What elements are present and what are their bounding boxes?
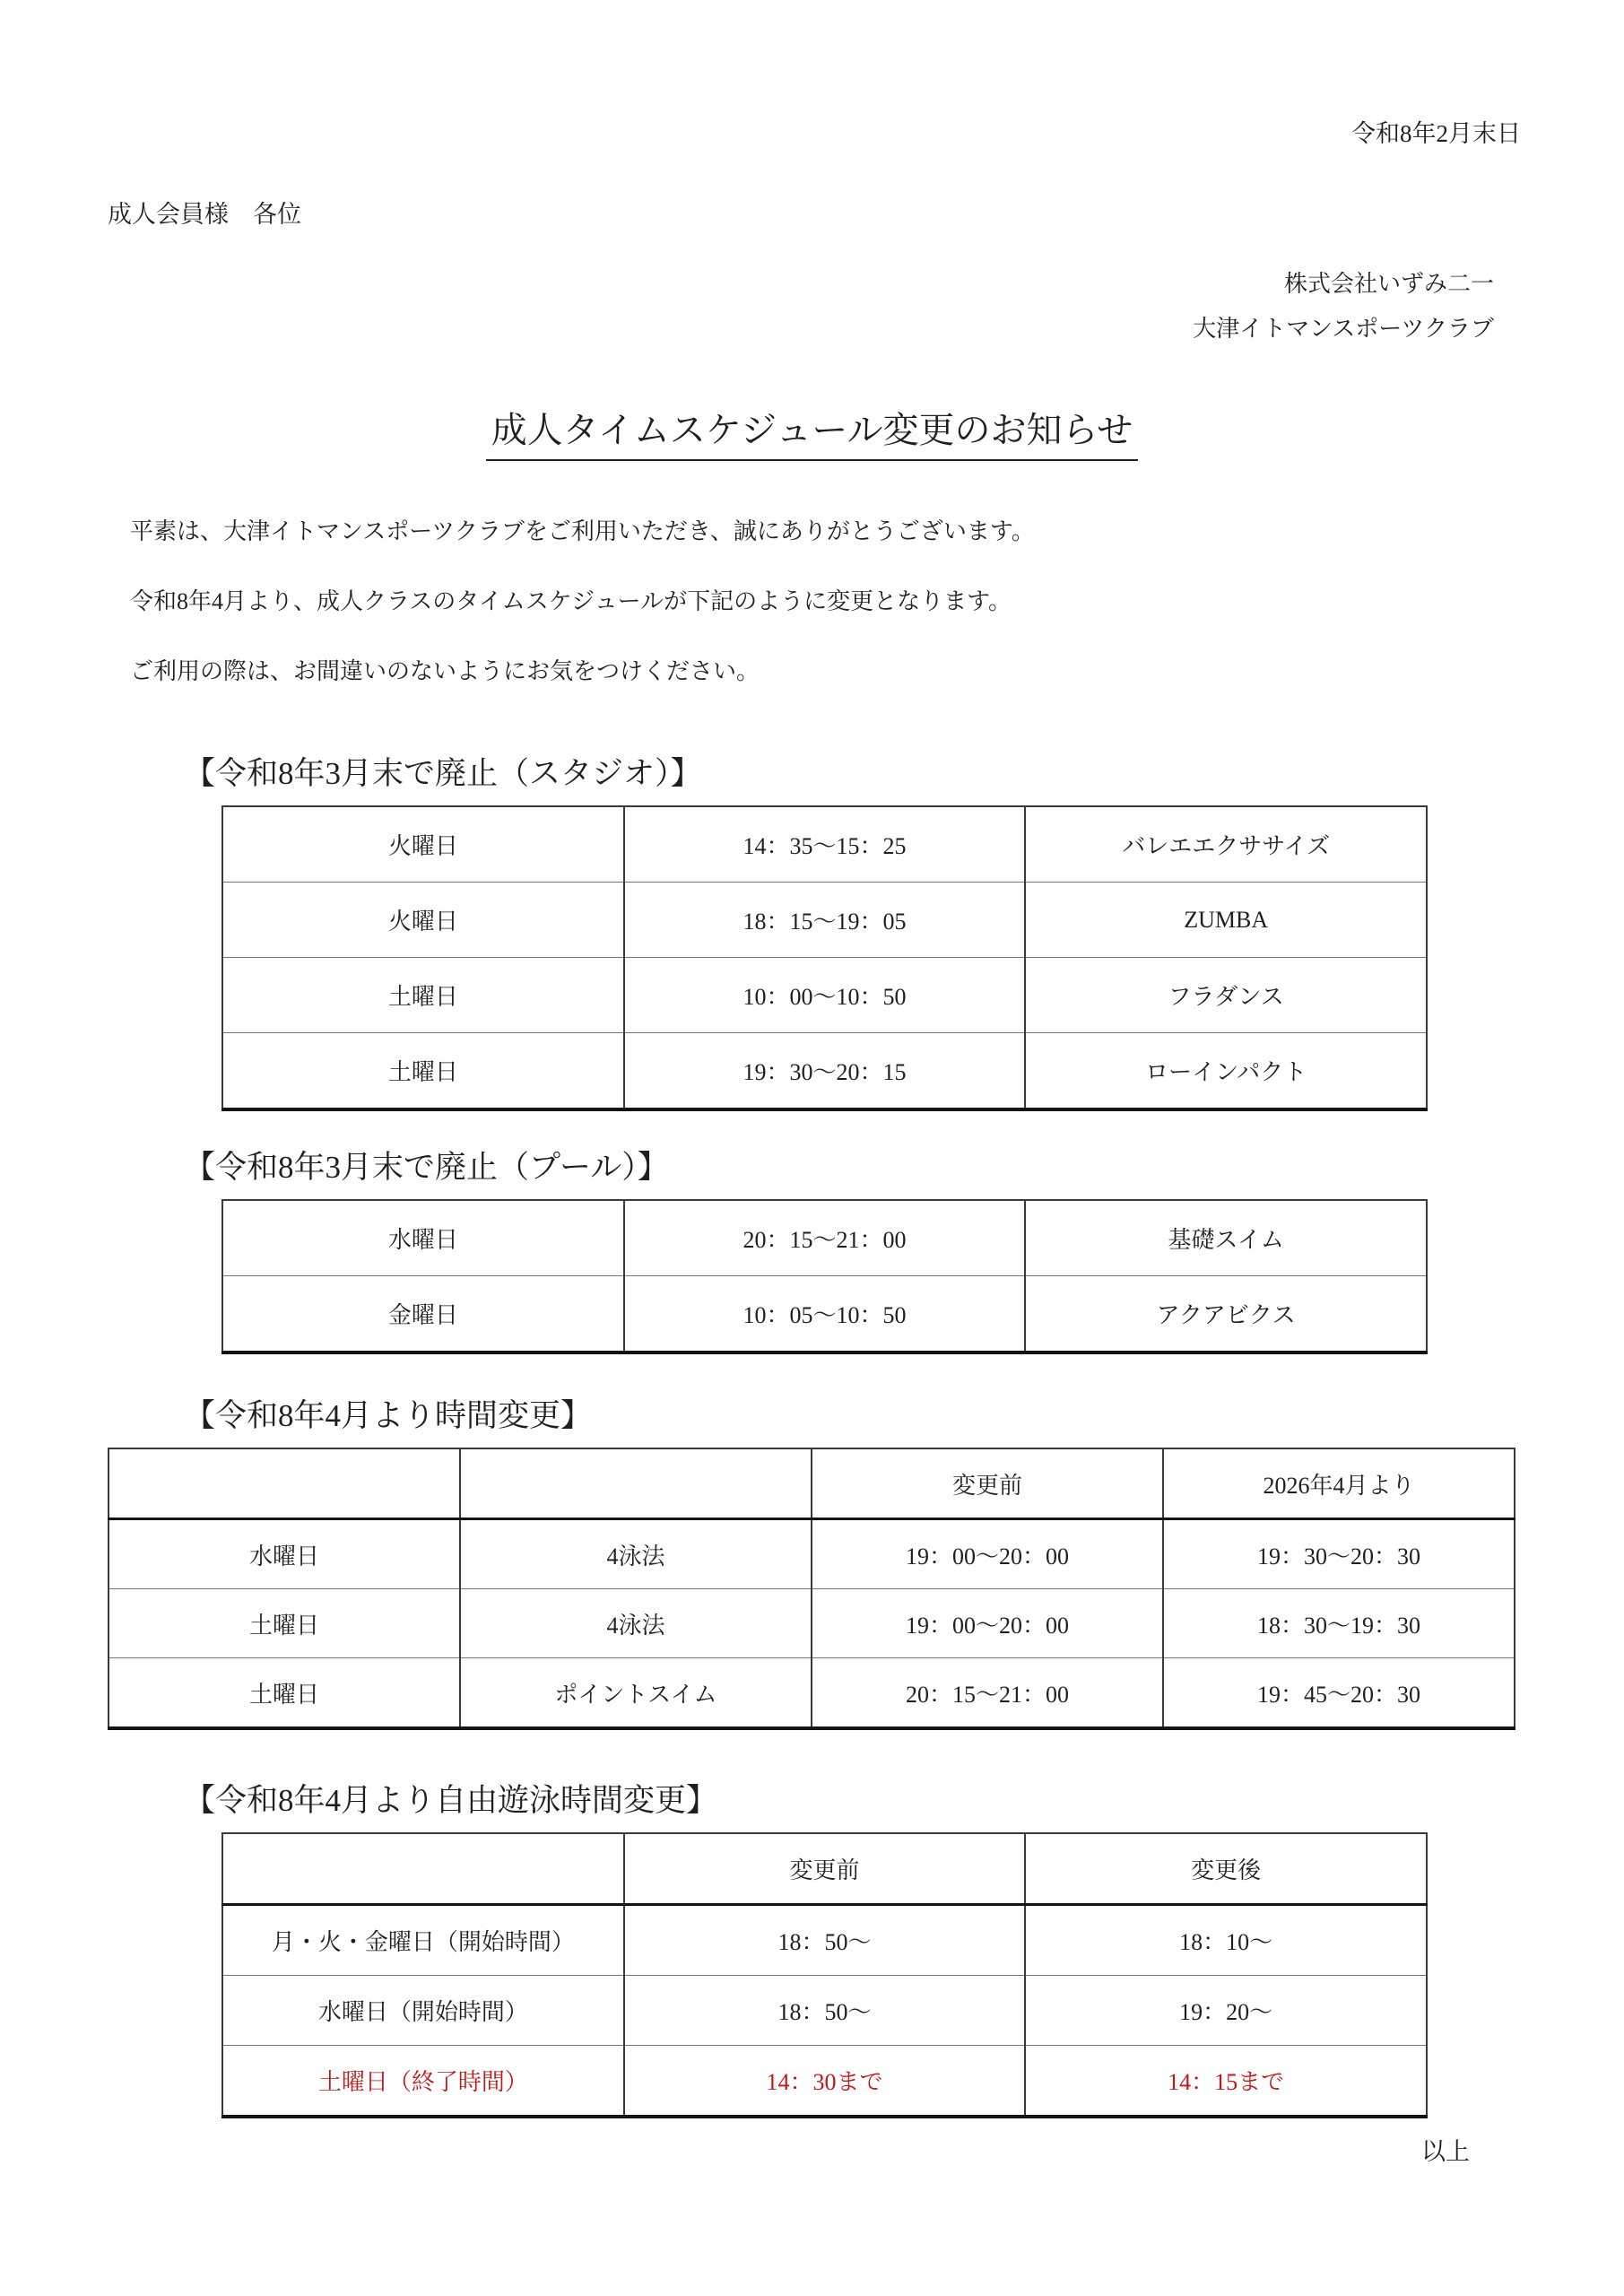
table-cell: 19：00～20：00 <box>812 1519 1163 1589</box>
table-row: 火曜日18：15～19：05ZUMBA <box>222 883 1427 958</box>
issue-date: 令和8年2月末日 <box>0 118 1624 149</box>
table-cell: ZUMBA <box>1025 883 1427 958</box>
table-cell: 水曜日 <box>109 1519 460 1589</box>
table-cell: バレエエクササイズ <box>1025 806 1427 883</box>
table-row: 土曜日ポイントスイム20：15～21：0019：45～20：30 <box>109 1658 1515 1729</box>
section-studio-discontinued: 【令和8年3月末で廃止（スタジオ）】 火曜日14：35～15：25バレエエクササ… <box>0 753 1624 1111</box>
table-cell: 20：15～21：00 <box>624 1200 1026 1276</box>
table-header-row: 変更前変更後 <box>222 1833 1427 1905</box>
table-cell: 金曜日 <box>222 1276 624 1353</box>
table-cell: ローインパクト <box>1025 1033 1427 1110</box>
title-wrap: 成人タイムスケジュール変更のお知らせ <box>0 409 1624 461</box>
body-paragraphs: 平素は、大津イトマンスポーツクラブをご利用いただき、誠にありがとうございます。 … <box>130 517 1516 687</box>
closing-ijou: 以上 <box>0 2136 1624 2167</box>
section-heading-studio: 【令和8年3月末で廃止（スタジオ）】 <box>184 753 1624 795</box>
table-cell: 水曜日（開始時間） <box>222 1976 624 2046</box>
table-cell: 土曜日 <box>109 1589 460 1658</box>
table-cell: 14：30まで <box>624 2046 1026 2118</box>
table-cell: フラダンス <box>1025 958 1427 1033</box>
table-cell: 18：10～ <box>1025 1905 1427 1976</box>
table-cell: 18：15～19：05 <box>624 883 1026 958</box>
paragraph-greeting: 平素は、大津イトマンスポーツクラブをご利用いただき、誠にありがとうございます。 <box>130 517 1516 547</box>
table-cell: 土曜日 <box>222 1033 624 1110</box>
table-cell: 18：50～ <box>624 1905 1026 1976</box>
table-cell: 水曜日 <box>222 1200 624 1276</box>
table-cell: 火曜日 <box>222 806 624 883</box>
table-cell: 18：30～19：30 <box>1163 1589 1515 1658</box>
free-swim-change-table: 変更前変更後月・火・金曜日（開始時間）18：50～18：10～水曜日（開始時間）… <box>221 1832 1428 2118</box>
section-time-change: 【令和8年4月より時間変更】 変更前2026年4月より水曜日4泳法19：00～2… <box>0 1396 1624 1730</box>
table-cell: 19：20～ <box>1025 1976 1427 2046</box>
sender-company: 株式会社いずみ二一 <box>0 262 1494 307</box>
table-header-cell <box>109 1448 460 1519</box>
table-header-cell: 変更後 <box>1025 1833 1427 1905</box>
table-row: 土曜日（終了時間）14：30まで14：15まで <box>222 2046 1427 2118</box>
table-header-cell: 2026年4月より <box>1163 1448 1515 1519</box>
table-cell: 4泳法 <box>460 1519 812 1589</box>
table-cell: 4泳法 <box>460 1589 812 1658</box>
table-row: 水曜日20：15～21：00基礎スイム <box>222 1200 1427 1276</box>
pool-discontinued-table: 水曜日20：15～21：00基礎スイム金曜日10：05～10：50アクアビクス <box>221 1199 1428 1354</box>
paragraph-change-notice: 令和8年4月より、成人クラスのタイムスケジュールが下記のように変更となります。 <box>130 587 1516 617</box>
section-free-swim-change: 【令和8年4月より自由遊泳時間変更】 変更前変更後月・火・金曜日（開始時間）18… <box>0 1780 1624 2118</box>
table-cell: 土曜日 <box>109 1658 460 1729</box>
table-cell: 火曜日 <box>222 883 624 958</box>
table-header-cell: 変更前 <box>812 1448 1163 1519</box>
paragraph-caution: ご利用の際は、お間違いのないようにお気をつけください。 <box>130 657 1516 687</box>
section-heading-free-swim: 【令和8年4月より自由遊泳時間変更】 <box>184 1780 1624 1822</box>
table-row: 月・火・金曜日（開始時間）18：50～18：10～ <box>222 1905 1427 1976</box>
table-header-cell: 変更前 <box>624 1833 1026 1905</box>
section-heading-time-change: 【令和8年4月より時間変更】 <box>184 1396 1624 1437</box>
table-row: 金曜日10：05～10：50アクアビクス <box>222 1276 1427 1353</box>
table-cell: 10：00～10：50 <box>624 958 1026 1033</box>
table-cell: 14：15まで <box>1025 2046 1427 2118</box>
section-pool-discontinued: 【令和8年3月末で廃止（プール）】 水曜日20：15～21：00基礎スイム金曜日… <box>0 1147 1624 1354</box>
table-row: 火曜日14：35～15：25バレエエクササイズ <box>222 806 1427 883</box>
table-cell: 土曜日（終了時間） <box>222 2046 624 2118</box>
table-header-cell <box>222 1833 624 1905</box>
table-row: 土曜日19：30～20：15ローインパクト <box>222 1033 1427 1110</box>
document-title: 成人タイムスケジュール変更のお知らせ <box>486 409 1139 461</box>
table-cell: 19：30～20：15 <box>624 1033 1026 1110</box>
table-cell: 19：30～20：30 <box>1163 1519 1515 1589</box>
table-cell: 19：45～20：30 <box>1163 1658 1515 1729</box>
table-cell: 20：15～21：00 <box>812 1658 1163 1729</box>
table-row: 水曜日4泳法19：00～20：0019：30～20：30 <box>109 1519 1515 1589</box>
table-header-row: 変更前2026年4月より <box>109 1448 1515 1519</box>
table-cell: 18：50～ <box>624 1976 1026 2046</box>
table-cell: 10：05～10：50 <box>624 1276 1026 1353</box>
time-change-table: 変更前2026年4月より水曜日4泳法19：00～20：0019：30～20：30… <box>108 1448 1515 1730</box>
table-cell: 土曜日 <box>222 958 624 1033</box>
sender-club: 大津イトマンスポーツクラブ <box>0 307 1494 352</box>
table-cell: アクアビクス <box>1025 1276 1427 1353</box>
table-cell: ポイントスイム <box>460 1658 812 1729</box>
table-row: 土曜日10：00～10：50フラダンス <box>222 958 1427 1033</box>
table-cell: 基礎スイム <box>1025 1200 1427 1276</box>
sender-block: 株式会社いずみ二一 大津イトマンスポーツクラブ <box>0 262 1624 352</box>
table-cell: 月・火・金曜日（開始時間） <box>222 1905 624 1976</box>
table-header-cell <box>460 1448 812 1519</box>
section-heading-pool: 【令和8年3月末で廃止（プール）】 <box>184 1147 1624 1188</box>
table-cell: 19：00～20：00 <box>812 1589 1163 1658</box>
studio-discontinued-table: 火曜日14：35～15：25バレエエクササイズ火曜日18：15～19：05ZUM… <box>221 805 1428 1111</box>
table-cell: 14：35～15：25 <box>624 806 1026 883</box>
table-row: 土曜日4泳法19：00～20：0018：30～19：30 <box>109 1589 1515 1658</box>
addressee: 成人会員様 各位 <box>108 199 1624 230</box>
table-row: 水曜日（開始時間）18：50～19：20～ <box>222 1976 1427 2046</box>
notice-document: 令和8年2月末日 成人会員様 各位 株式会社いずみ二一 大津イトマンスポーツクラ… <box>0 0 1624 2296</box>
